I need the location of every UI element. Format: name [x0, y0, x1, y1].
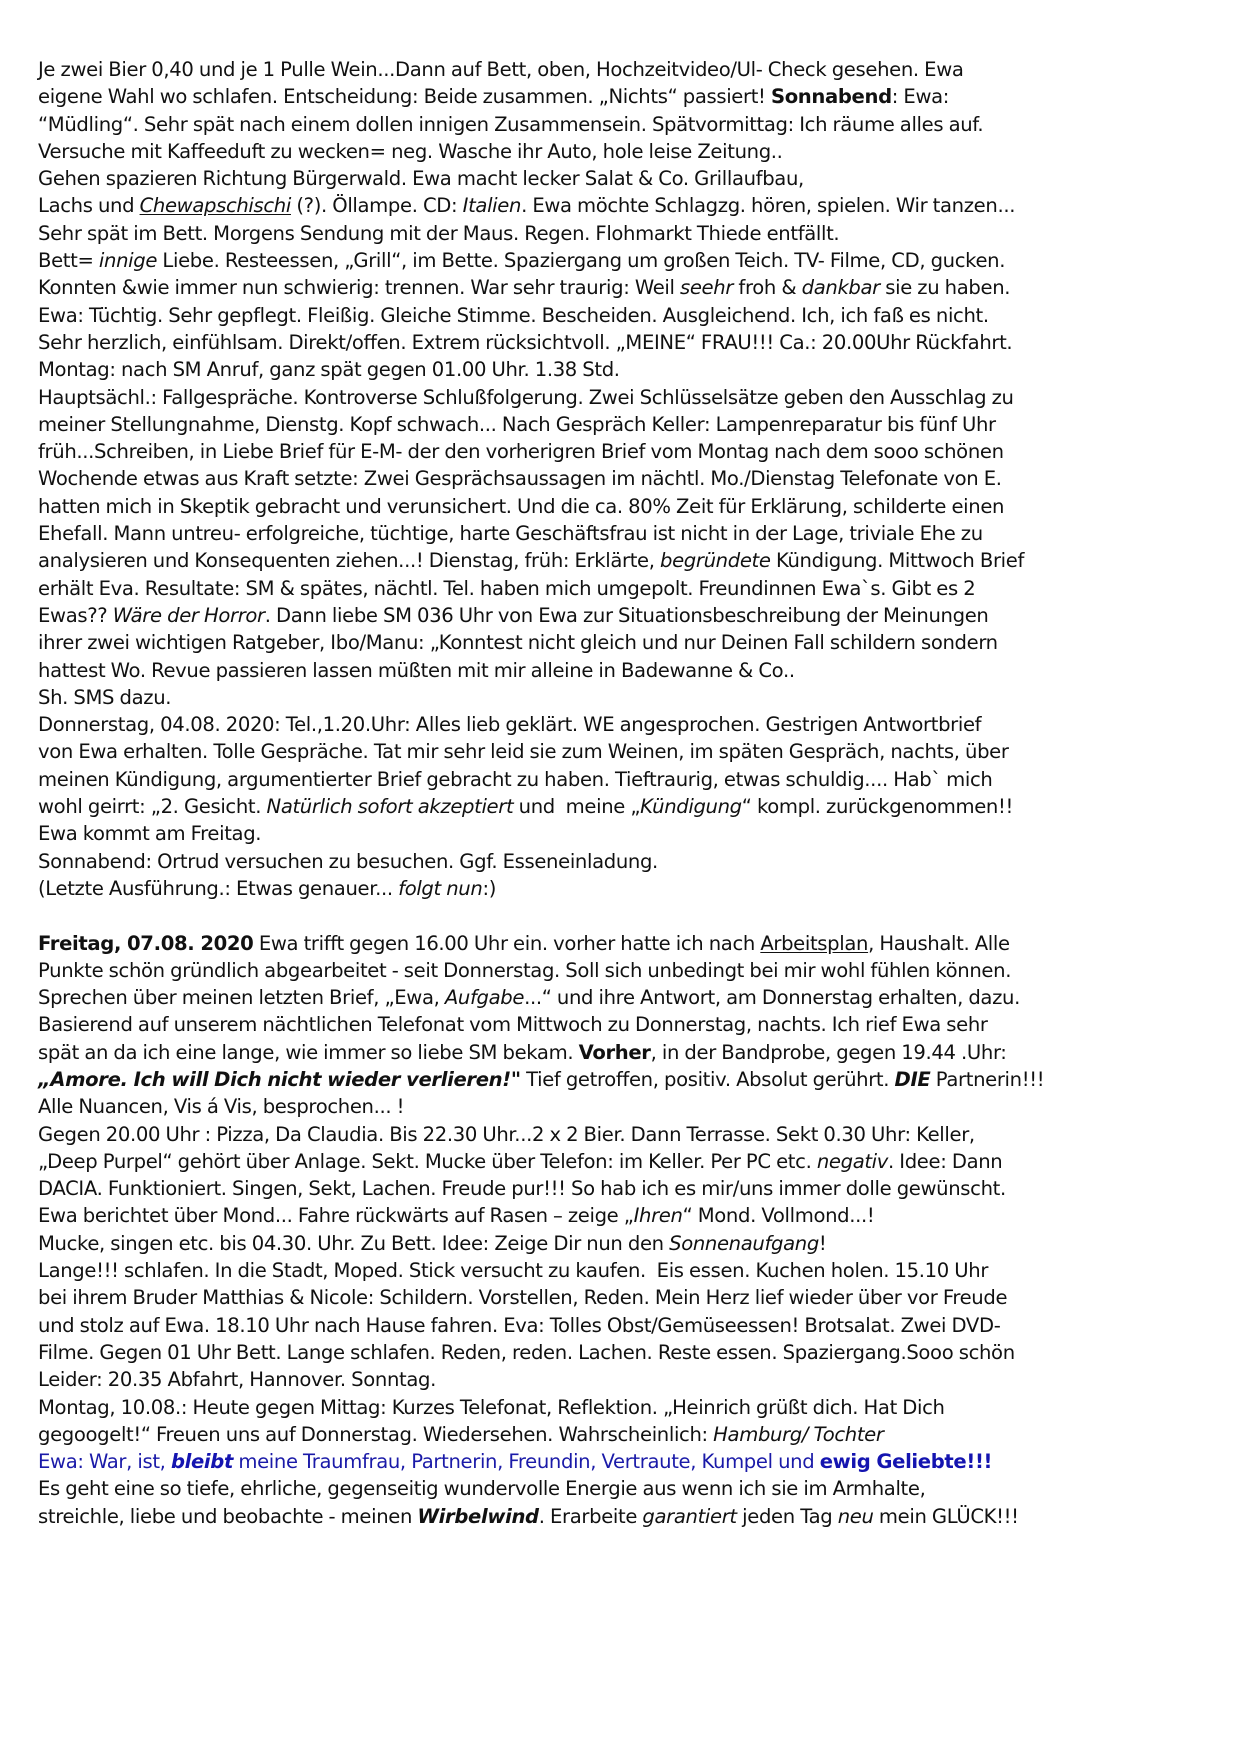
- text-line: Leider: 20.35 Abfahrt, Hannover. Sonntag…: [38, 1366, 1218, 1393]
- text-segment: sie zu haben.: [880, 276, 1010, 299]
- text-segment: Ewas??: [38, 604, 113, 627]
- text-segment: Konnten &wie immer nun schwierig: trenne…: [38, 276, 680, 299]
- text-segment: meiner Stellungnahme, Dienstg. Kopf schw…: [38, 413, 996, 436]
- italic-text: folgt nun: [398, 877, 482, 900]
- text-segment: Es geht eine so tiefe, ehrliche, gegense…: [38, 1477, 925, 1500]
- text-segment: Gehen spazieren Richtung Bürgerwald. Ewa…: [38, 167, 804, 190]
- italic-text: begründete: [660, 549, 771, 572]
- text-segment: wohl geirrt: „2. Gesicht.: [38, 795, 267, 818]
- text-line: analysieren und Konsequenten ziehen...! …: [38, 547, 1218, 574]
- text-line: Bett= innige Liebe. Resteessen, „Grill“,…: [38, 247, 1218, 274]
- bold-text: Wirbelwind: [417, 1505, 538, 1528]
- italic-text: Hamburg/ Tochter: [713, 1423, 883, 1446]
- text-line: eigene Wahl wo schlafen. Entscheidung: B…: [38, 83, 1218, 110]
- text-line: Montag: nach SM Anruf, ganz spät gegen 0…: [38, 356, 1218, 383]
- text-line: Basierend auf unserem nächtlichen Telefo…: [38, 1011, 1218, 1038]
- text-segment: ihrer zwei wichtigen Ratgeber, Ibo/Manu:…: [38, 631, 998, 654]
- text-segment: Leider: 20.35 Abfahrt, Hannover. Sonntag…: [38, 1368, 436, 1391]
- text-line: Punkte schön gründlich abgearbeitet - se…: [38, 957, 1218, 984]
- text-segment: Lange!!! schlafen. In die Stadt, Moped. …: [38, 1259, 988, 1282]
- text-segment: früh...Schreiben, in Liebe Brief für E-M…: [38, 440, 1004, 463]
- italic-text: Ihren: [634, 1204, 683, 1227]
- text-segment: Ehefall. Mann untreu- erfolgreiche, tüch…: [38, 522, 983, 545]
- italic-text: negativ: [817, 1150, 888, 1173]
- text-segment: eigene Wahl wo schlafen. Entscheidung: B…: [38, 85, 771, 108]
- italic-text: neu: [838, 1505, 874, 1528]
- italic-text: Wäre der Horror: [113, 604, 265, 627]
- text-segment: . Erarbeite: [539, 1505, 643, 1528]
- bold-text: ewig Geliebte!!!: [820, 1450, 992, 1473]
- text-segment: Punkte schön gründlich abgearbeitet - se…: [38, 959, 1011, 982]
- text-segment: meine Traumfrau, Partnerin, Freundin, Ve…: [233, 1450, 820, 1473]
- italic-text: dankbar: [802, 276, 880, 299]
- text-line: DACIA. Funktioniert. Singen, Sekt, Lache…: [38, 1175, 1218, 1202]
- text-line: Sh. SMS dazu.: [38, 684, 1218, 711]
- highlight-line: Ewa: War, ist, bleibt meine Traumfrau, P…: [38, 1448, 1218, 1475]
- text-line: Es geht eine so tiefe, ehrliche, gegense…: [38, 1475, 1218, 1502]
- text-segment: ...“ und ihre Antwort, am Donnerstag erh…: [524, 986, 1020, 1009]
- italic-text: Chewapschischi: [140, 194, 291, 217]
- text-segment: DACIA. Funktioniert. Singen, Sekt, Lache…: [38, 1177, 1006, 1200]
- text-segment: (?). Öllampe. CD:: [291, 194, 463, 217]
- text-line: Ehefall. Mann untreu- erfolgreiche, tüch…: [38, 520, 1218, 547]
- text-segment: Sprechen über meinen letzten Brief, „Ewa…: [38, 986, 445, 1009]
- text-segment: Alle Nuancen, Vis á Vis, besprochen... !: [38, 1095, 404, 1118]
- italic-text: Kündigung: [640, 795, 742, 818]
- text-line: Gegen 20.00 Uhr : Pizza, Da Claudia. Bis…: [38, 1121, 1218, 1148]
- text-segment: Bett=: [38, 249, 99, 272]
- text-segment: : Ewa:: [892, 85, 949, 108]
- text-line: Ewa: Tüchtig. Sehr gepflegt. Fleißig. Gl…: [38, 302, 1218, 329]
- text-line: früh...Schreiben, in Liebe Brief für E-M…: [38, 438, 1218, 465]
- text-segment: Ewa: War, ist,: [38, 1450, 171, 1473]
- text-line: streichle, liebe und beobachte - meinen …: [38, 1503, 1218, 1530]
- text-line: Gehen spazieren Richtung Bürgerwald. Ewa…: [38, 165, 1218, 192]
- text-segment: mein GLÜCK!!!: [874, 1505, 1019, 1528]
- text-segment: . Dann liebe SM 036 Uhr von Ewa zur Situ…: [265, 604, 989, 627]
- text-line: Sehr herzlich, einfühlsam. Direkt/offen.…: [38, 329, 1218, 356]
- text-segment: streichle, liebe und beobachte - meinen: [38, 1505, 417, 1528]
- text-segment: und meine „: [513, 795, 640, 818]
- text-line: von Ewa erhalten. Tolle Gespräche. Tat m…: [38, 738, 1218, 765]
- text-line: meiner Stellungnahme, Dienstg. Kopf schw…: [38, 411, 1218, 438]
- text-segment: von Ewa erhalten. Tolle Gespräche. Tat m…: [38, 740, 1009, 763]
- text-line: Alle Nuancen, Vis á Vis, besprochen... !: [38, 1093, 1218, 1120]
- text-line: Versuche mit Kaffeeduft zu wecken= neg. …: [38, 138, 1218, 165]
- text-segment: Ewa berichtet über Mond... Fahre rückwär…: [38, 1204, 634, 1227]
- text-segment: “ kompl. zurückgenommen!!: [742, 795, 1013, 818]
- text-segment: Versuche mit Kaffeeduft zu wecken= neg. …: [38, 140, 783, 163]
- bold-text: DIE: [895, 1068, 931, 1091]
- document-page: Je zwei Bier 0,40 und je 1 Pulle Wein...…: [38, 56, 1218, 1530]
- text-line: (Letzte Ausführung.: Etwas genauer... fo…: [38, 875, 1218, 902]
- text-segment: Sonnabend: Ortrud versuchen zu besuchen.…: [38, 850, 658, 873]
- text-line: Je zwei Bier 0,40 und je 1 Pulle Wein...…: [38, 56, 1218, 83]
- text-line: bei ihrem Bruder Matthias & Nicole: Schi…: [38, 1284, 1218, 1311]
- text-line: meinen Kündigung, argumentierter Brief g…: [38, 766, 1218, 793]
- text-segment: spät an da ich eine lange, wie immer so …: [38, 1041, 579, 1064]
- text-line: spät an da ich eine lange, wie immer so …: [38, 1039, 1218, 1066]
- text-line: “Müdling“. Sehr spät nach einem dollen i…: [38, 111, 1218, 138]
- text-segment: hattest Wo. Revue passieren lassen müßte…: [38, 659, 795, 682]
- text-segment: Gegen 20.00 Uhr : Pizza, Da Claudia. Bis…: [38, 1123, 975, 1146]
- text-line: Lachs und Chewapschischi (?). Öllampe. C…: [38, 192, 1218, 219]
- text-segment: , in der Bandprobe, gegen 19.44 .Uhr:: [651, 1041, 1007, 1064]
- text-segment: Ewa trifft gegen 16.00 Uhr ein. vorher h…: [253, 932, 760, 955]
- italic-text: Natürlich sofort akzeptiert: [267, 795, 514, 818]
- text-line: gegoogelt!“ Freuen uns auf Donnerstag. W…: [38, 1421, 1218, 1448]
- text-segment: Je zwei Bier 0,40 und je 1 Pulle Wein...…: [38, 58, 964, 81]
- bold-text: bleibt: [171, 1450, 233, 1473]
- text-segment: . Idee: Dann: [888, 1150, 1002, 1173]
- text-line: Sonnabend: Ortrud versuchen zu besuchen.…: [38, 848, 1218, 875]
- text-line: und stolz auf Ewa. 18.10 Uhr nach Hause …: [38, 1312, 1218, 1339]
- text-segment: . Ewa möchte Schlagzg. hören, spielen. W…: [521, 194, 1015, 217]
- italic-text: seehr: [680, 276, 733, 299]
- text-segment: Hauptsächl.: Fallgespräche. Kontroverse …: [38, 386, 1014, 409]
- text-segment: Montag, 10.08.: Heute gegen Mittag: Kurz…: [38, 1396, 945, 1419]
- text-segment: Sehr spät im Bett. Morgens Sendung mit d…: [38, 222, 839, 245]
- text-line: Filme. Gegen 01 Uhr Bett. Lange schlafen…: [38, 1339, 1218, 1366]
- text-segment: Ewa: Tüchtig. Sehr gepflegt. Fleißig. Gl…: [38, 304, 989, 327]
- text-line: Lange!!! schlafen. In die Stadt, Moped. …: [38, 1257, 1218, 1284]
- underlined-text: Arbeitsplan: [760, 932, 868, 955]
- text-segment: Donnerstag, 04.08. 2020: Tel.,1.20.Uhr: …: [38, 713, 981, 736]
- text-segment: (Letzte Ausführung.: Etwas genauer...: [38, 877, 398, 900]
- text-line: Wochende etwas aus Kraft setzte: Zwei Ge…: [38, 465, 1218, 492]
- text-line: Ewas?? Wäre der Horror. Dann liebe SM 03…: [38, 602, 1218, 629]
- text-segment: Montag: nach SM Anruf, ganz spät gegen 0…: [38, 358, 620, 381]
- italic-text: Italien: [463, 194, 521, 217]
- text-line: erhält Eva. Resultate: SM & spätes, näch…: [38, 575, 1218, 602]
- text-line: ihrer zwei wichtigen Ratgeber, Ibo/Manu:…: [38, 629, 1218, 656]
- blank-line: [38, 902, 1218, 929]
- bold-text: Sonnabend: [771, 85, 892, 108]
- text-segment: Liebe. Resteessen, „Grill“, im Bette. Sp…: [157, 249, 1005, 272]
- text-segment: jeden Tag: [737, 1505, 838, 1528]
- text-segment: Sehr herzlich, einfühlsam. Direkt/offen.…: [38, 331, 1012, 354]
- text-segment: “ Mond. Vollmond...!: [683, 1204, 875, 1227]
- text-line: Montag, 10.08.: Heute gegen Mittag: Kurz…: [38, 1394, 1218, 1421]
- text-line: wohl geirrt: „2. Gesicht. Natürlich sofo…: [38, 793, 1218, 820]
- text-segment: hatten mich in Skeptik gebracht und veru…: [38, 495, 1004, 518]
- bold-text: Vorher: [579, 1041, 651, 1064]
- text-segment: analysieren und Konsequenten ziehen...! …: [38, 549, 660, 572]
- text-segment: Wochende etwas aus Kraft setzte: Zwei Ge…: [38, 467, 1002, 490]
- text-segment: Basierend auf unserem nächtlichen Telefo…: [38, 1013, 988, 1036]
- text-line: hatten mich in Skeptik gebracht und veru…: [38, 493, 1218, 520]
- text-segment: “Müdling“. Sehr spät nach einem dollen i…: [38, 113, 983, 136]
- text-segment: Filme. Gegen 01 Uhr Bett. Lange schlafen…: [38, 1341, 1015, 1364]
- italic-text: Sonnenaufgang: [669, 1232, 819, 1255]
- italic-text: Aufgabe: [445, 986, 524, 1009]
- text-line: Freitag, 07.08. 2020 Ewa trifft gegen 16…: [38, 930, 1218, 957]
- italic-text: innige: [99, 249, 157, 272]
- text-segment: froh &: [733, 276, 802, 299]
- text-segment: !: [819, 1232, 827, 1255]
- text-segment: Lachs und: [38, 194, 140, 217]
- text-segment: , Haushalt. Alle: [868, 932, 1010, 955]
- text-line: Donnerstag, 04.08. 2020: Tel.,1.20.Uhr: …: [38, 711, 1218, 738]
- text-segment: meinen Kündigung, argumentierter Brief g…: [38, 768, 992, 791]
- text-segment: Tief getroffen, positiv. Absolut gerührt…: [521, 1068, 895, 1091]
- text-line: „Amore. Ich will Dich nicht wieder verli…: [38, 1066, 1218, 1093]
- text-segment: Partnerin!!!: [930, 1068, 1044, 1091]
- text-segment: erhält Eva. Resultate: SM & spätes, näch…: [38, 577, 975, 600]
- italic-text: garantiert: [642, 1505, 736, 1528]
- text-line: Hauptsächl.: Fallgespräche. Kontroverse …: [38, 384, 1218, 411]
- bold-text: „Amore. Ich will Dich nicht wieder verli…: [38, 1068, 521, 1091]
- text-line: Sprechen über meinen letzten Brief, „Ewa…: [38, 984, 1218, 1011]
- text-line: Ewa kommt am Freitag.: [38, 820, 1218, 847]
- text-line: Mucke, singen etc. bis 04.30. Uhr. Zu Be…: [38, 1230, 1218, 1257]
- text-segment: und stolz auf Ewa. 18.10 Uhr nach Hause …: [38, 1314, 1000, 1337]
- text-line: hattest Wo. Revue passieren lassen müßte…: [38, 657, 1218, 684]
- text-segment: gegoogelt!“ Freuen uns auf Donnerstag. W…: [38, 1423, 713, 1446]
- text-line: Konnten &wie immer nun schwierig: trenne…: [38, 274, 1218, 301]
- text-segment: „Deep Purpel“ gehört über Anlage. Sekt. …: [38, 1150, 817, 1173]
- text-line: Ewa berichtet über Mond... Fahre rückwär…: [38, 1202, 1218, 1229]
- text-segment: Kündigung. Mittwoch Brief: [771, 549, 1024, 572]
- text-line: Sehr spät im Bett. Morgens Sendung mit d…: [38, 220, 1218, 247]
- bold-text: Freitag, 07.08. 2020: [38, 932, 253, 955]
- text-segment: bei ihrem Bruder Matthias & Nicole: Schi…: [38, 1286, 1007, 1309]
- text-segment: Sh. SMS dazu.: [38, 686, 171, 709]
- text-segment: Mucke, singen etc. bis 04.30. Uhr. Zu Be…: [38, 1232, 669, 1255]
- text-segment: Ewa kommt am Freitag.: [38, 822, 261, 845]
- text-line: „Deep Purpel“ gehört über Anlage. Sekt. …: [38, 1148, 1218, 1175]
- text-segment: :): [482, 877, 496, 900]
